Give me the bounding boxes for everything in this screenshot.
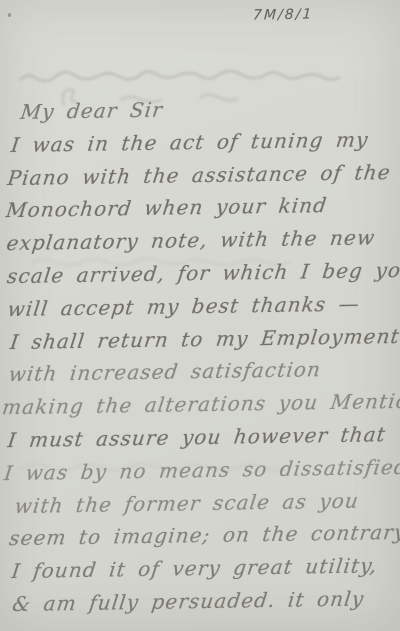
letter-body: My dear Sir I was in the act of tuning m… <box>2 94 400 625</box>
archival-reference: 7M/8/1 <box>253 6 314 23</box>
bleedthrough-mark <box>0 62 400 92</box>
handwritten-line: I was in the act of tuning my <box>9 127 399 166</box>
paper-speck <box>8 13 11 17</box>
letter-scan-page: 7M/8/1 My dear Sir I was in the act of t… <box>0 0 400 631</box>
handwritten-line: will accept my best thanks — <box>5 291 400 330</box>
handwritten-line: & am fully persuaded. it only <box>10 586 400 625</box>
